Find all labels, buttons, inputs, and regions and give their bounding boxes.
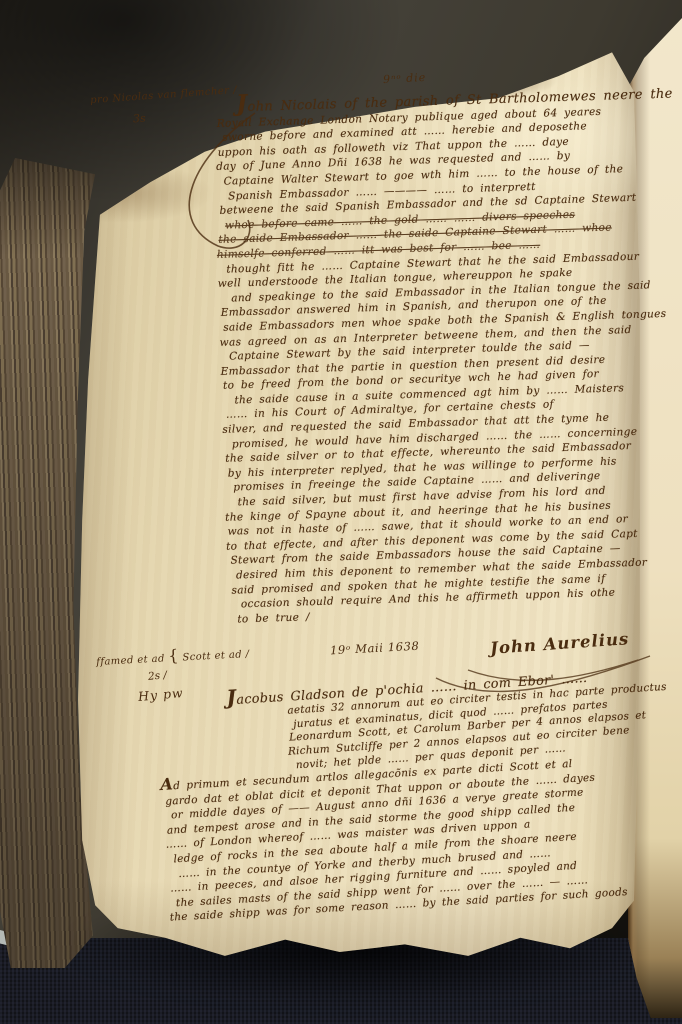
margin-note-mid-part2: Scott et ad / [182, 649, 249, 663]
entry-date: 19ᵒ Maii 1638 [330, 639, 420, 658]
header-day-label: 9ⁿᵒ die [383, 71, 427, 86]
brace-mark: { [168, 646, 180, 666]
margin-note-mid-fee: 2s / [148, 669, 168, 683]
manuscript-photo: 9ⁿᵒ die pro Nicolas van flemcher / 3s Jo… [0, 0, 682, 1024]
allegation-answer-entry: Ad primum et secundum artlos allegacõnis… [160, 751, 646, 925]
margin-note-top-fee: 3s [133, 112, 147, 126]
margin-note-mid: ffamed et ad { Scott et ad / [96, 642, 250, 669]
handwriting-layer: 9ⁿᵒ die pro Nicolas van flemcher / 3s Jo… [0, 0, 682, 1024]
deposition-entry: John Nicolais of the parish of St Bartho… [212, 84, 658, 627]
margin-note-mid-mark: Hy pw [137, 685, 184, 704]
margin-note-mid-part1: ffamed et ad [96, 653, 165, 668]
